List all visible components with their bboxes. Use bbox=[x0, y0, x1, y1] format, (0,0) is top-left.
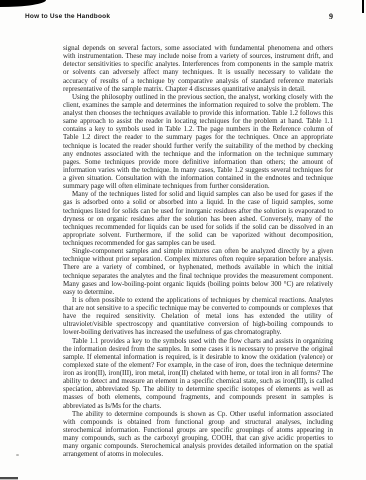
running-head-title: How to Use the Handbook bbox=[25, 13, 110, 20]
body-paragraph: Single-component samples and simple mixt… bbox=[63, 247, 333, 296]
body-text-block: signal depends on several factors, some … bbox=[63, 44, 333, 458]
scan-edge-line-top-right bbox=[362, 0, 364, 13]
scan-smudge-top-left bbox=[0, 0, 46, 7]
scan-speck bbox=[16, 454, 19, 456]
body-paragraph: Table 1.1 provides a key to the symbols … bbox=[63, 337, 333, 410]
body-paragraph: signal depends on several factors, some … bbox=[63, 44, 333, 93]
scan-edge-line-bottom-left bbox=[0, 477, 18, 479]
body-paragraph: Using the philosophy outlined in the pre… bbox=[63, 93, 333, 191]
page-number: 9 bbox=[329, 12, 333, 21]
body-paragraph: Many of the techniques listed for solid … bbox=[63, 190, 333, 247]
body-paragraph: It is often possible to extend the appli… bbox=[63, 296, 333, 337]
body-paragraph: The ability to determine compounds is sh… bbox=[63, 410, 333, 459]
scanned-page: How to Use the Handbook 9 signal depends… bbox=[0, 0, 366, 480]
